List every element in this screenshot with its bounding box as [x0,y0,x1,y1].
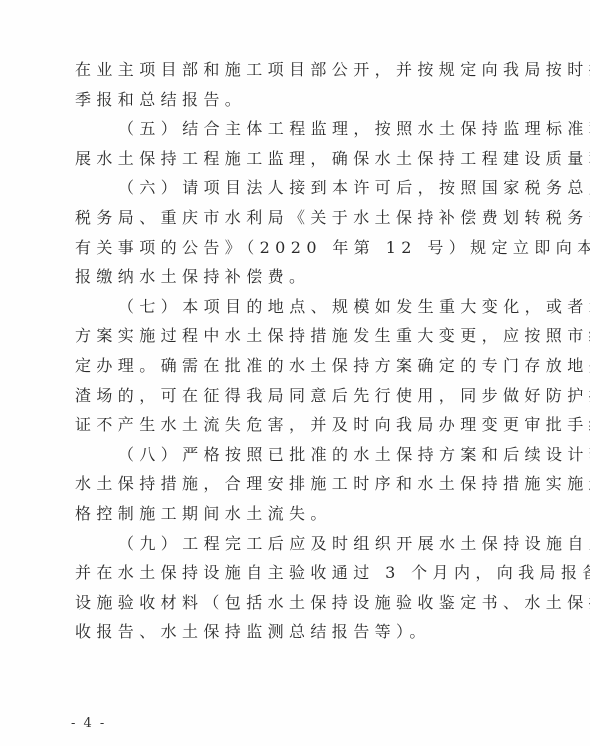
paragraph-item-6: （六）请项目法人接到本许可后，按照国家税务总局重庆市 税务局、重庆市水利局《关于… [75,173,525,291]
paragraph-continued: 在业主项目部和施工项目部公开，并按规定向我局按时报送监测 季报和总结报告。 [75,55,525,114]
text-line: 方案实施过程中水土保持措施发生重大变更，应按照市级文件规 [75,321,525,351]
document-body: 在业主项目部和施工项目部公开，并按规定向我局按时报送监测 季报和总结报告。 （五… [75,55,525,647]
text-line: 格控制施工期间水土流失。 [75,499,525,529]
page-number: - 4 - [71,716,106,731]
text-line: （六）请项目法人接到本许可后，按照国家税务总局重庆市 [75,173,525,203]
text-line: （九）工程完工后应及时组织开展水土保持设施自主验收， [75,529,525,559]
text-line: 收报告、水土保持监测总结报告等）。 [75,617,525,647]
text-line: （七）本项目的地点、规模如发生重大变化，或者水土保持 [75,292,525,322]
text-line: 季报和总结报告。 [75,85,525,115]
text-line: 有关事项的公告》（2020 年第 12 号）规定立即向本区税务机关申 [75,233,525,263]
text-line: 展水土保持工程施工监理，确保水土保持工程建设质量和进度。 [75,144,525,174]
paragraph-item-7: （七）本项目的地点、规模如发生重大变化，或者水土保持 方案实施过程中水土保持措施… [75,292,525,440]
text-line: 在业主项目部和施工项目部公开，并按规定向我局按时报送监测 [75,55,525,85]
text-line: 报缴纳水土保持补偿费。 [75,262,525,292]
paragraph-item-8: （八）严格按照已批准的水土保持方案和后续设计落实各项 水土保持措施，合理安排施工… [75,440,525,529]
text-line: 并在水土保持设施自主验收通过 3 个月内，向我局报备水土保持 [75,558,525,588]
document-page: 在业主项目部和施工项目部公开，并按规定向我局按时报送监测 季报和总结报告。 （五… [0,0,590,746]
text-line: （五）结合主体工程监理，按照水土保持监理标准和规范开 [75,114,525,144]
text-line: 水土保持措施，合理安排施工时序和水土保持措施实施进度，严 [75,469,525,499]
paragraph-item-5: （五）结合主体工程监理，按照水土保持监理标准和规范开 展水土保持工程施工监理，确… [75,114,525,173]
text-line: 设施验收材料（包括水土保持设施验收鉴定书、水土保持设施验 [75,588,525,618]
text-line: 税务局、重庆市水利局《关于水土保持补偿费划转税务部门征收 [75,203,525,233]
text-line: （八）严格按照已批准的水土保持方案和后续设计落实各项 [75,440,525,470]
text-line: 渣场的，可在征得我局同意后先行使用，同步做好防护措施，保 [75,381,525,411]
text-line: 证不产生水土流失危害，并及时向我局办理变更审批手续。 [75,410,525,440]
text-line: 定办理。确需在批准的水土保持方案确定的专门存放地外新设弃 [75,351,525,381]
paragraph-item-9: （九）工程完工后应及时组织开展水土保持设施自主验收， 并在水土保持设施自主验收通… [75,529,525,647]
